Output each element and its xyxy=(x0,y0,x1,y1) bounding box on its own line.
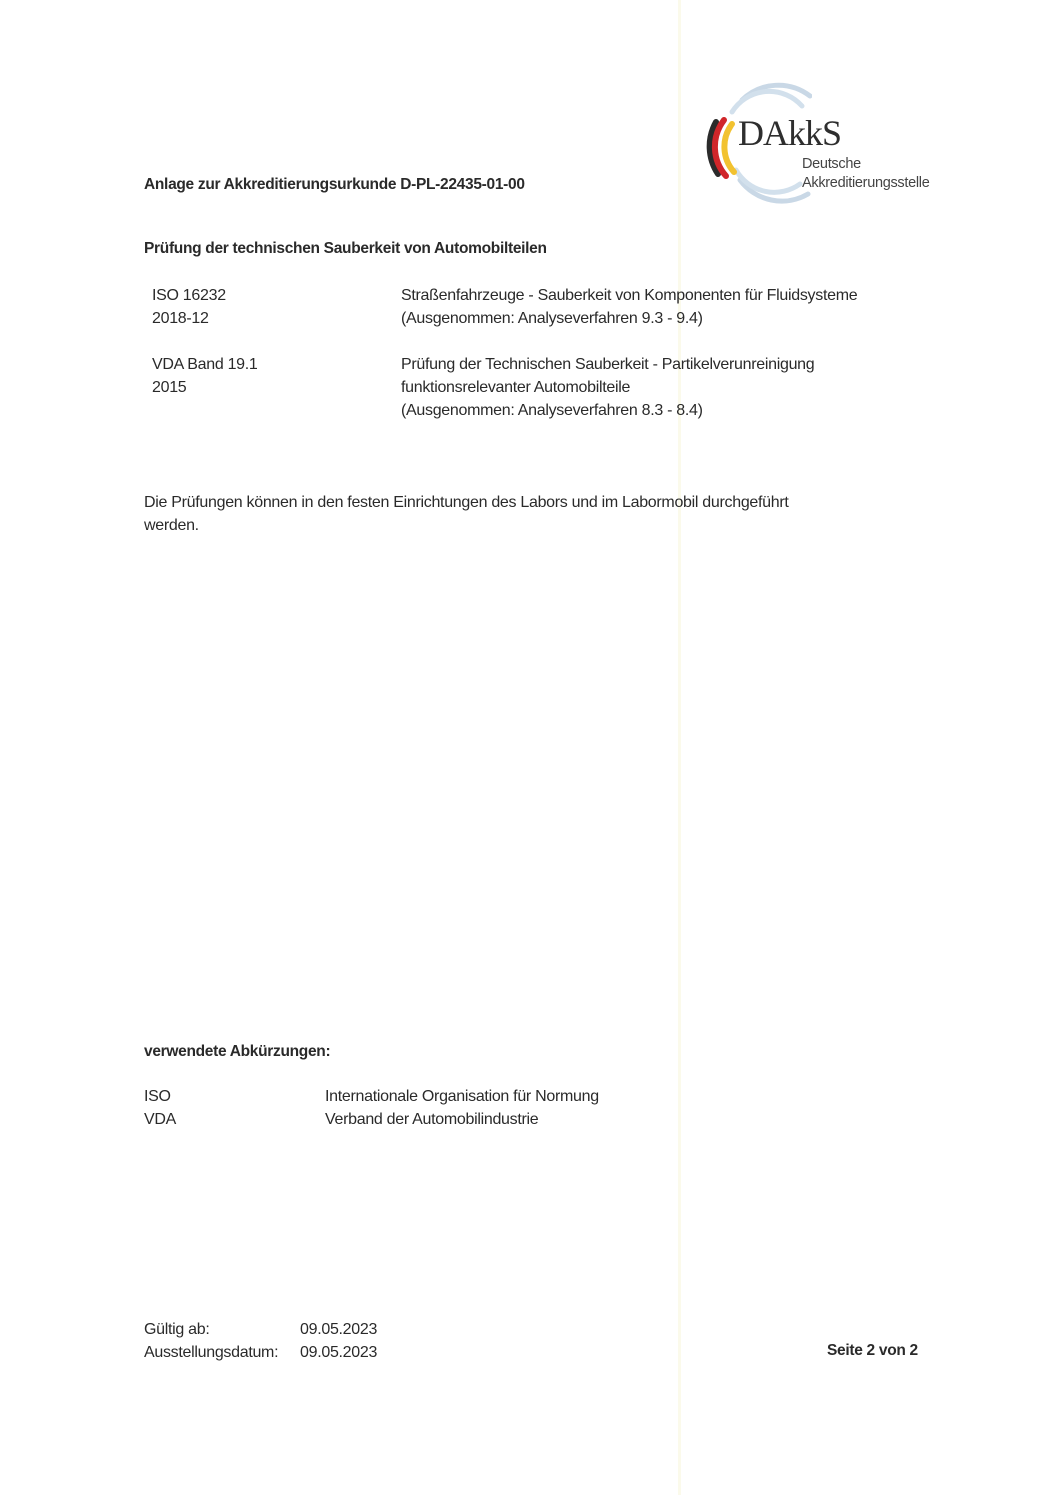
standard-version: 2018-12 xyxy=(152,310,209,328)
abbreviation-term: ISO xyxy=(144,1088,171,1106)
abbreviation-meaning: Verband der Automobilindustrie xyxy=(325,1111,538,1129)
standard-version: 2015 xyxy=(152,379,186,397)
standard-code: VDA Band 19.1 xyxy=(152,356,258,374)
scan-fold-line xyxy=(678,0,681,1495)
logo-subtitle-line2: Akkreditierungsstelle xyxy=(802,175,930,191)
note-line: Die Prüfungen können in den festen Einri… xyxy=(144,494,789,512)
standard-description-line: funktionsrelevanter Automobilteile xyxy=(401,379,630,397)
page-number: Seite 2 von 2 xyxy=(827,1342,918,1360)
section-heading: Prüfung der technischen Sauberkeit von A… xyxy=(144,240,547,258)
abbreviations-heading: verwendete Abkürzungen: xyxy=(144,1043,330,1061)
standard-description-line: Straßenfahrzeuge - Sauberkeit von Kompon… xyxy=(401,287,857,305)
issue-date: 09.05.2023 xyxy=(300,1344,377,1362)
standard-description-line: (Ausgenommen: Analyseverfahren 9.3 - 9.4… xyxy=(401,310,703,328)
issue-date-label: Ausstellungsdatum: xyxy=(144,1344,278,1362)
dakks-logo: DAkkS Deutsche Akkreditierungsstelle xyxy=(702,82,962,212)
document-title: Anlage zur Akkreditierungsurkunde D-PL-2… xyxy=(144,176,525,194)
logo-wordmark: DAkkS xyxy=(738,112,841,154)
standard-code: ISO 16232 xyxy=(152,287,226,305)
valid-from-label: Gültig ab: xyxy=(144,1321,210,1339)
abbreviation-meaning: Internationale Organisation für Normung xyxy=(325,1088,599,1106)
note-line: werden. xyxy=(144,517,199,535)
standard-description-line: (Ausgenommen: Analyseverfahren 8.3 - 8.4… xyxy=(401,402,703,420)
standard-description-line: Prüfung der Technischen Sauberkeit - Par… xyxy=(401,356,814,374)
abbreviation-term: VDA xyxy=(144,1111,176,1129)
valid-from-date: 09.05.2023 xyxy=(300,1321,377,1339)
logo-subtitle-line1: Deutsche xyxy=(802,156,861,172)
